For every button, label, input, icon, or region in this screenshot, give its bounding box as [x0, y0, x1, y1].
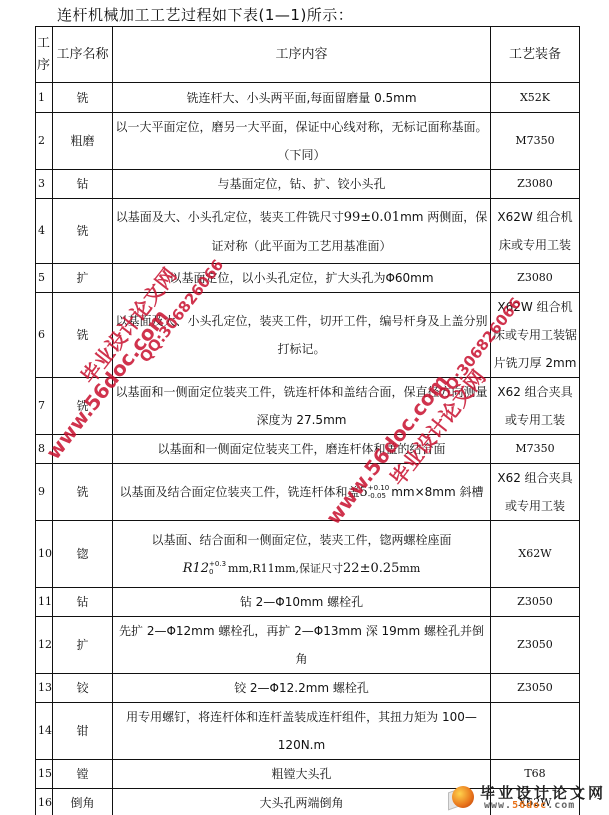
row-equipment: Z3050 — [491, 588, 580, 617]
radius-tol-upper: +0.3 — [209, 560, 226, 568]
row-no: 9 — [36, 464, 53, 521]
row-no: 4 — [36, 199, 53, 264]
table-row: 9 铣 以基面及结合面定位装夹工件，铣连杆体和盖5+0.10-0.05mm×8m… — [36, 464, 580, 521]
row-content: 铰 2—Φ12.2mm 螺栓孔 — [113, 674, 491, 703]
row-equipment: Z3050 — [491, 674, 580, 703]
row-equipment — [491, 703, 580, 760]
row-name: 铣 — [53, 293, 113, 378]
row-name: 倒角 — [53, 789, 113, 815]
row-name: 钳 — [53, 703, 113, 760]
row-no: 16 — [36, 789, 53, 815]
table-row: 10 锪 以基面、结合面和一侧面定位，装夹工件，锪两螺栓座面 R12+0.30m… — [36, 521, 580, 588]
row-equipment: M7350 — [491, 113, 580, 170]
dimension-value: 99±0.01 — [344, 210, 400, 225]
row-no: 2 — [36, 113, 53, 170]
row-no: 13 — [36, 674, 53, 703]
row-no: 7 — [36, 378, 53, 435]
logo-url-suffix: .com — [547, 800, 575, 811]
table-row: 1 铣 铣连杆大、小头两平面,每面留磨量 0.5mm X52K — [36, 83, 580, 113]
row-equipment: X62W 组合机床或专用工装 — [491, 199, 580, 264]
tolerance-lower: -0.05 — [368, 492, 386, 500]
row-no: 3 — [36, 170, 53, 199]
row-no: 11 — [36, 588, 53, 617]
row-content: 以基面定位，以小头孔定位，扩大头孔为Φ60mm — [113, 264, 491, 293]
row-content: 以基面和一侧面定位装夹工件，铣连杆体和盖结合面，保直径方向测量深度为 27.5m… — [113, 378, 491, 435]
globe-icon — [452, 786, 474, 808]
dimension-base: 5 — [360, 485, 368, 500]
row-name: 铣 — [53, 378, 113, 435]
content-line-1: 以基面、结合面和一侧面定位，装夹工件，锪两螺栓座面 — [115, 526, 488, 554]
row-content: 粗镗大头孔 — [113, 760, 491, 789]
table-row: 4 铣 以基面及大、小头孔定位，装夹工件铣尺寸99±0.01mm 两侧面，保证对… — [36, 199, 580, 264]
header-content: 工序内容 — [113, 27, 491, 83]
tolerance-upper: +0.10 — [368, 484, 389, 492]
row-name: 铣 — [53, 199, 113, 264]
content-line-2: R12+0.30mm,R11mm,保证尺寸22±0.25mm — [115, 554, 488, 583]
table-row: 2 粗磨 以一大平面定位，磨另一大平面，保证中心线对称，无标记面称基面。（下同）… — [36, 113, 580, 170]
table-header-row: 工序 工序名称 工序内容 工艺装备 — [36, 27, 580, 83]
row-no: 8 — [36, 435, 53, 464]
table-row: 3 钻 与基面定位，钻、扩、铰小头孔 Z3080 — [36, 170, 580, 199]
content-text-post: mm — [399, 562, 420, 575]
radius-base: R12 — [183, 561, 209, 576]
row-name: 铰 — [53, 674, 113, 703]
row-name: 铣 — [53, 464, 113, 521]
tolerance-stack: +0.10-0.05 — [368, 484, 389, 500]
row-content: 与基面定位，钻、扩、铰小头孔 — [113, 170, 491, 199]
row-name: 钻 — [53, 588, 113, 617]
row-equipment: X62 组合夹具或专用工装 — [491, 464, 580, 521]
radius-tol-lower: 0 — [209, 568, 213, 576]
row-name: 粗磨 — [53, 113, 113, 170]
row-content: 大头孔两端倒角 — [113, 789, 491, 815]
row-content: 以一大平面定位，磨另一大平面，保证中心线对称，无标记面称基面。（下同） — [113, 113, 491, 170]
row-name: 扩 — [53, 617, 113, 674]
table-row: 13 铰 铰 2—Φ12.2mm 螺栓孔 Z3050 — [36, 674, 580, 703]
row-no: 1 — [36, 83, 53, 113]
row-content: 铣连杆大、小头两平面,每面留磨量 0.5mm — [113, 83, 491, 113]
row-no: 15 — [36, 760, 53, 789]
row-name — [53, 435, 113, 464]
table-row: 8 以基面和一侧面定位装夹工件，磨连杆体和盖的结合面 M7350 — [36, 435, 580, 464]
row-no: 14 — [36, 703, 53, 760]
content-text-post: mm×8mm 斜槽 — [391, 485, 483, 499]
row-content: 以基面、结合面和一侧面定位，装夹工件，锪两螺栓座面 R12+0.30mm,R11… — [113, 521, 491, 588]
dimension-value: 22±0.25 — [343, 561, 399, 576]
row-no: 12 — [36, 617, 53, 674]
row-content: 先扩 2—Φ12mm 螺栓孔，再扩 2—Φ13mm 深 19mm 螺栓孔并倒角 — [113, 617, 491, 674]
content-text-mid: mm,R11mm,保证尺寸 — [228, 562, 343, 575]
content-text-pre: 以基面及结合面定位装夹工件，铣连杆体和盖 — [119, 485, 359, 499]
radius-tolerance-stack: +0.30 — [209, 560, 226, 576]
row-content: 以基面及结合面定位装夹工件，铣连杆体和盖5+0.10-0.05mm×8mm 斜槽 — [113, 464, 491, 521]
process-table: 工序 工序名称 工序内容 工艺装备 1 铣 铣连杆大、小头两平面,每面留磨量 0… — [35, 26, 580, 815]
row-no: 10 — [36, 521, 53, 588]
row-content: 以基面及大、小头孔定位，装夹工件铣尺寸99±0.01mm 两侧面，保证对称（此平… — [113, 199, 491, 264]
row-equipment: Z3080 — [491, 264, 580, 293]
table-row: 11 钻 钻 2—Φ10mm 螺栓孔 Z3050 — [36, 588, 580, 617]
table-row: 12 扩 先扩 2—Φ12mm 螺栓孔，再扩 2—Φ13mm 深 19mm 螺栓… — [36, 617, 580, 674]
table-caption: 连杆机械加工工艺过程如下表(1—1)所示： — [57, 4, 353, 25]
row-equipment: X62W — [491, 521, 580, 588]
header-no: 工序 — [36, 27, 53, 83]
logo-url-prefix: www. — [484, 800, 512, 811]
row-content: 用专用螺钉，将连杆体和连杆盖装成连杆组件，其扭力矩为 100—120N.m — [113, 703, 491, 760]
row-content: 以基面及大、小头孔定位，装夹工件，切开工件，编号杆身及上盖分别打标记。 — [113, 293, 491, 378]
header-name: 工序名称 — [53, 27, 113, 83]
row-equipment: Z3050 — [491, 617, 580, 674]
row-content: 以基面和一侧面定位装夹工件，磨连杆体和盖的结合面 — [113, 435, 491, 464]
table-row: 5 扩 以基面定位，以小头孔定位，扩大头孔为Φ60mm Z3080 — [36, 264, 580, 293]
row-content: 钻 2—Φ10mm 螺栓孔 — [113, 588, 491, 617]
row-no: 6 — [36, 293, 53, 378]
row-name: 镗 — [53, 760, 113, 789]
row-equipment: X62W 组合机床或专用工装锯片铣刀厚 2mm — [491, 293, 580, 378]
site-logo: 毕业设计论文网 www.56doc.com — [448, 780, 608, 815]
logo-url-highlight: 56doc — [512, 800, 547, 811]
row-equipment: X52K — [491, 83, 580, 113]
logo-url: www.56doc.com — [484, 800, 575, 811]
row-equipment: Z3080 — [491, 170, 580, 199]
row-name: 钻 — [53, 170, 113, 199]
row-no: 5 — [36, 264, 53, 293]
row-name: 扩 — [53, 264, 113, 293]
row-equipment: M7350 — [491, 435, 580, 464]
content-text-pre: 以基面及大、小头孔定位，装夹工件铣尺寸 — [116, 210, 344, 224]
row-name: 铣 — [53, 83, 113, 113]
header-equipment: 工艺装备 — [491, 27, 580, 83]
table-row: 6 铣 以基面及大、小头孔定位，装夹工件，切开工件，编号杆身及上盖分别打标记。 … — [36, 293, 580, 378]
row-name: 锪 — [53, 521, 113, 588]
table-row: 7 铣 以基面和一侧面定位装夹工件，铣连杆体和盖结合面，保直径方向测量深度为 2… — [36, 378, 580, 435]
row-equipment: X62 组合夹具或专用工装 — [491, 378, 580, 435]
table-row: 14 钳 用专用螺钉，将连杆体和连杆盖装成连杆组件，其扭力矩为 100—120N… — [36, 703, 580, 760]
